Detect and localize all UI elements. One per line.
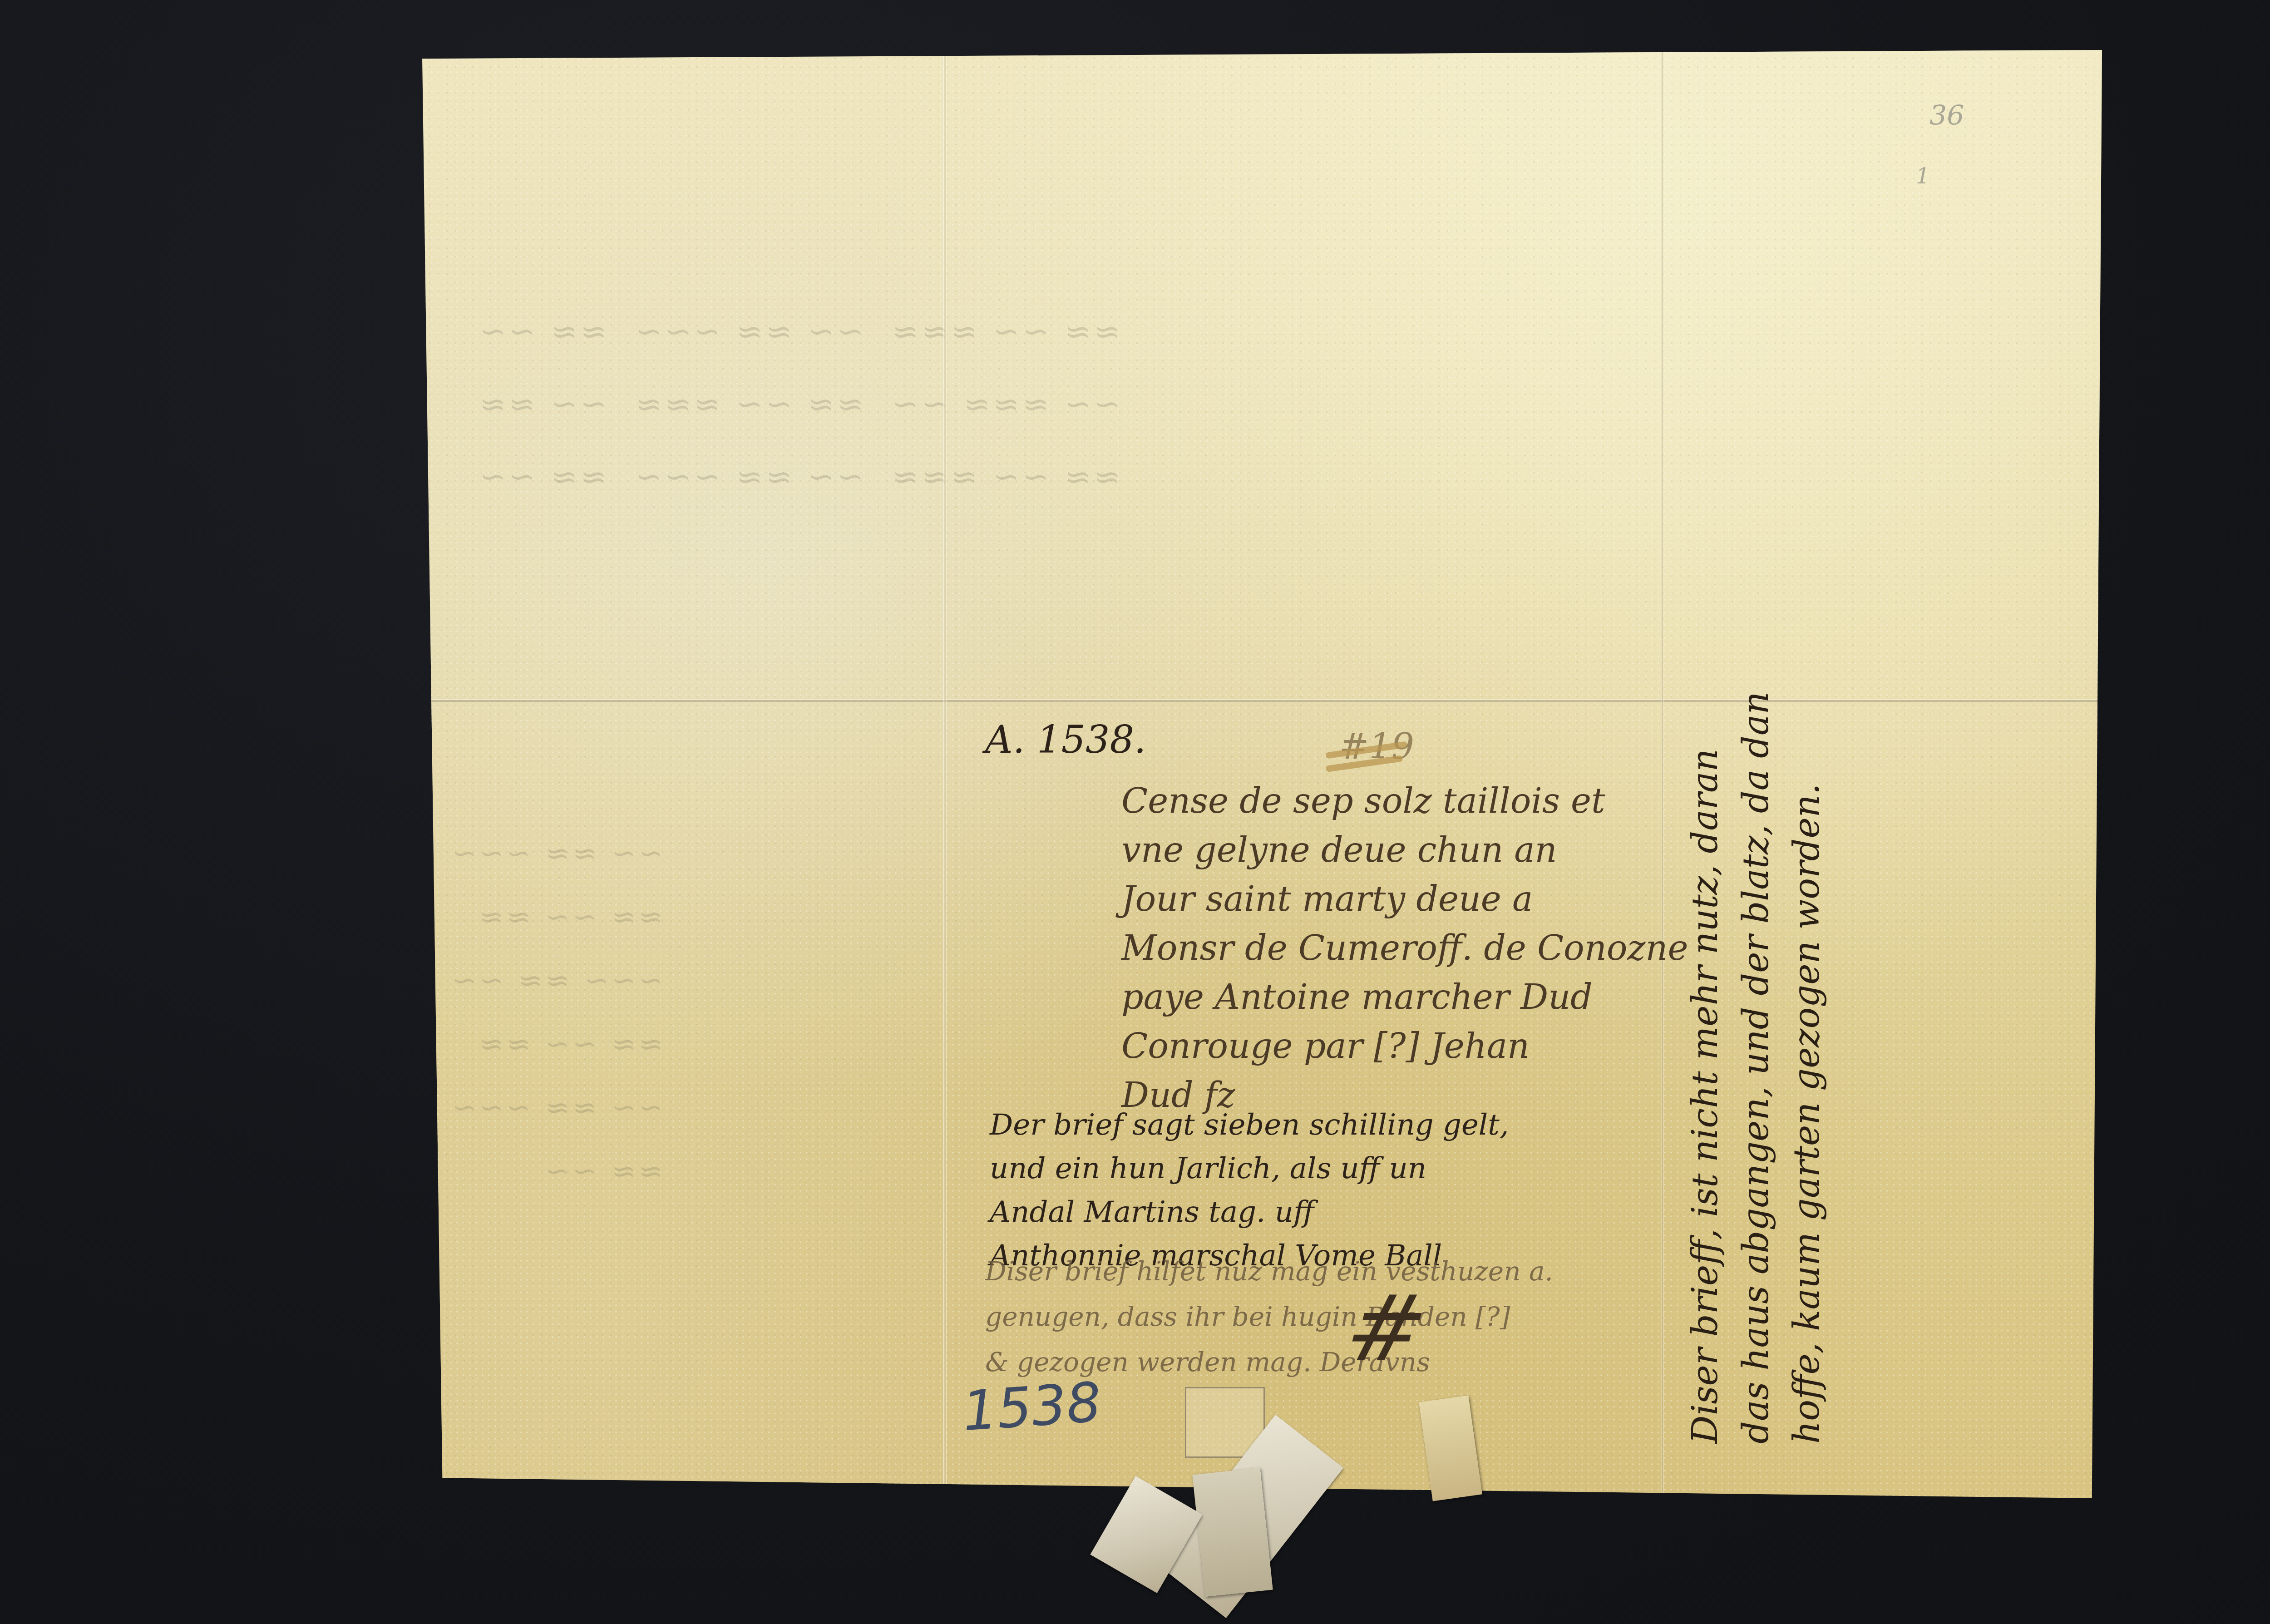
vertical-note-rotated: Diser brieff, ist nicht mehr nutz, daran… [1680,726,1834,1444]
horizontal-fold-line [422,699,2102,703]
pencil-number: 1538 [961,1371,1103,1444]
text-line: Conrouge par [?] Jehan [1121,1022,1688,1071]
text-line: Monsr de Cumeroff. de Conozne [1121,923,1688,972]
text-line: paye Antoine marcher Dud [1121,972,1688,1022]
right-vertical-fold-line [1661,50,1664,1498]
text-line: Andal Martins tag. uff [990,1190,1509,1234]
text-line: Cense de sep solz taillois et [1121,776,1688,825]
text-line: vne gelyne deue chun an [1121,825,1688,874]
bleed-through-text-lower: ~~ ≈≈ ~~~ ≈≈ ~~ ≈≈ ~~~ ≈≈ ~~ ≈≈ ~~ ≈≈ ~~… [449,758,711,1267]
text-block-french: Cense de sep solz taillois et vne gelyne… [1121,776,1688,1120]
text-line: und ein hun Jarlich, als uff un [990,1147,1509,1190]
vertical-note-block: Diser brieff, ist nicht mehr nutz, daran… [1680,726,1834,1444]
text-line: genugen, dass ihr bei hugin Banden [?] [985,1294,1553,1339]
parchment-sheet: ≈≈ ~~ ≈≈≈ ~~ ≈≈ ~~~ ≈≈ ~~ ~~ ≈≈≈ ~~ ≈≈ ~… [422,50,2102,1498]
top-right-shelf-mark: 36 [1929,100,1964,132]
left-vertical-fold-line [943,50,947,1498]
text-line: Der brief sagt sieben schilling gelt, [990,1103,1509,1147]
text-line: Jour saint marty deue a [1121,874,1688,923]
text-line: Diser brief hilfet nuz mag ein vesthuzen… [985,1249,1553,1294]
vertical-text-line: das haus abgangen, und der blatz, da dan [1731,726,1781,1444]
top-right-shelf-mark-2: 1 [1916,163,1930,189]
vertical-text-line: Diser brieff, ist nicht mehr nutz, daran [1680,726,1731,1444]
vertical-text-line: hoffe, kaum garten gezogen worden. [1781,726,1832,1444]
text-block-german-2: Diser brief hilfet nuz mag ein vesthuzen… [985,1249,1553,1385]
bleed-through-text: ≈≈ ~~ ≈≈≈ ~~ ≈≈ ~~~ ≈≈ ~~ ~~ ≈≈≈ ~~ ≈≈ ~… [477,222,1172,586]
seal-tag-fold [1192,1468,1273,1597]
date-heading: A. 1538. [985,717,1146,762]
